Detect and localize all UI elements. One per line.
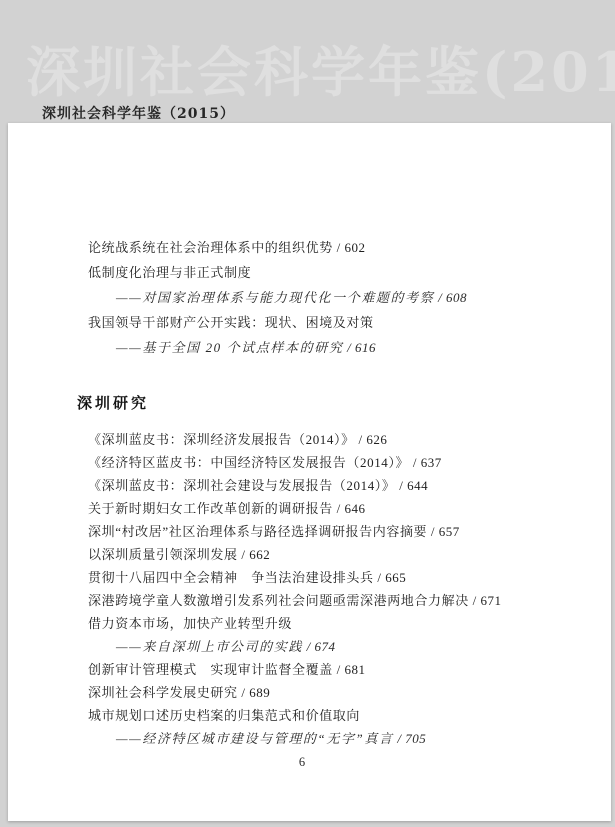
entry-title: 贯彻十八届四中全会精神 争当法治建设排头兵 [88,570,374,585]
toc-subentry: ——基于全国 20 个试点样本的研究 / 616 [88,335,611,360]
entry-title: 《经济特区蓝皮书：中国经济特区发展报告（2014）》 [88,455,409,470]
entry-page-number: 657 [439,524,460,539]
toc-block-top: 论统战系统在社会治理体系中的组织优势 / 602低制度化治理与非正式制度——对国… [88,123,611,360]
entry-page-number: 616 [355,340,376,355]
entry-page-number: 705 [405,731,426,746]
section-title: 深圳研究 [77,394,611,412]
entry-separator: / [343,340,355,355]
entry-page-number: 626 [366,432,387,447]
entry-separator: / [355,432,367,447]
entry-separator: / [469,593,481,608]
entry-title: 城市规划口述历史档案的归集范式和价值取向 [88,708,360,723]
toc-entry: 《深圳蓝皮书：深圳社会建设与发展报告（2014）》 / 644 [88,474,611,497]
entry-page-number: 671 [480,593,501,608]
page-sheet: 论统战系统在社会治理体系中的组织优势 / 602低制度化治理与非正式制度——对国… [8,123,611,821]
toc-entry: 深圳“村改居”社区治理体系与路径选择调研报告内容摘要 / 657 [88,520,611,543]
entry-title: 论统战系统在社会治理体系中的组织优势 [88,240,333,255]
entry-page-number: 608 [446,290,467,305]
entry-title: ——基于全国 20 个试点样本的研究 [116,340,343,355]
entry-title: 深圳社会科学发展史研究 [88,685,238,700]
toc-entry: 《经济特区蓝皮书：中国经济特区发展报告（2014）》 / 637 [88,451,611,474]
entry-page-number: 602 [344,240,365,255]
entry-page-number: 637 [421,455,442,470]
toc-subentry: ——来自深圳上市公司的实践 / 674 [88,635,611,658]
running-header: 深圳社会科学年鉴（2015） [42,103,235,123]
scanned-book-page: 深圳社会科学年鉴(2015) 深圳社会科学年鉴（2015） 论统战系统在社会治理… [0,0,615,827]
entry-page-number: 662 [249,547,270,562]
entry-title: 借力资本市场，加快产业转型升级 [88,616,292,631]
entry-page-number: 646 [344,501,365,516]
entry-page-number: 665 [385,570,406,585]
entry-page-number: 689 [249,685,270,700]
entry-title: 我国领导干部财产公开实践：现状、困境及对策 [88,315,374,330]
entry-title: 深港跨境学童人数激增引发系列社会问题亟需深港两地合力解决 [88,593,469,608]
entry-separator: / [238,685,250,700]
toc-entry: 深圳社会科学发展史研究 / 689 [88,681,611,704]
entry-separator: / [394,731,406,746]
entry-title: 以深圳质量引领深圳发展 [88,547,238,562]
entry-separator: / [333,240,345,255]
entry-separator: / [396,478,408,493]
entry-separator: / [238,547,250,562]
toc-entry: 创新审计管理模式 实现审计监督全覆盖 / 681 [88,658,611,681]
entry-page-number: 644 [407,478,428,493]
entry-title: 《深圳蓝皮书：深圳经济发展报告（2014）》 [88,432,355,447]
entry-title: ——经济特区城市建设与管理的“无字”真言 [116,731,394,746]
entry-title: 深圳“村改居”社区治理体系与路径选择调研报告内容摘要 [88,524,427,539]
entry-separator: / [333,501,345,516]
entry-separator: / [333,662,345,677]
entry-separator: / [427,524,439,539]
entry-page-number: 681 [344,662,365,677]
entry-title: 关于新时期妇女工作改革创新的调研报告 [88,501,333,516]
toc-subentry: ——对国家治理体系与能力现代化一个难题的考察 / 608 [88,285,611,310]
entry-title: ——来自深圳上市公司的实践 [116,639,303,654]
toc-entry: 借力资本市场，加快产业转型升级 [88,612,611,635]
toc-entry: 关于新时期妇女工作改革创新的调研报告 / 646 [88,497,611,520]
toc-entry: 贯彻十八届四中全会精神 争当法治建设排头兵 / 665 [88,566,611,589]
toc-entry: 深港跨境学童人数激增引发系列社会问题亟需深港两地合力解决 / 671 [88,589,611,612]
entry-separator: / [303,639,315,654]
banner-watermark-title: 深圳社会科学年鉴(2015) [26,30,615,107]
page-number: 6 [8,755,596,770]
toc-block-shenzhen-research: 《深圳蓝皮书：深圳经济发展报告（2014）》 / 626《经济特区蓝皮书：中国经… [88,428,611,750]
toc-entry: 《深圳蓝皮书：深圳经济发展报告（2014）》 / 626 [88,428,611,451]
entry-title: 低制度化治理与非正式制度 [88,265,251,280]
entry-separator: / [409,455,421,470]
toc-subentry: ——经济特区城市建设与管理的“无字”真言 / 705 [88,727,611,750]
toc-entry: 低制度化治理与非正式制度 [88,260,611,285]
entry-separator: / [374,570,386,585]
toc-entry: 我国领导干部财产公开实践：现状、困境及对策 [88,310,611,335]
entry-title: 创新审计管理模式 实现审计监督全覆盖 [88,662,333,677]
toc-entry: 城市规划口述历史档案的归集范式和价值取向 [88,704,611,727]
entry-page-number: 674 [315,639,336,654]
toc-entry: 以深圳质量引领深圳发展 / 662 [88,543,611,566]
toc-entry: 论统战系统在社会治理体系中的组织优势 / 602 [88,235,611,260]
entry-separator: / [434,290,446,305]
entry-title: ——对国家治理体系与能力现代化一个难题的考察 [116,290,434,305]
entry-title: 《深圳蓝皮书：深圳社会建设与发展报告（2014）》 [88,478,396,493]
